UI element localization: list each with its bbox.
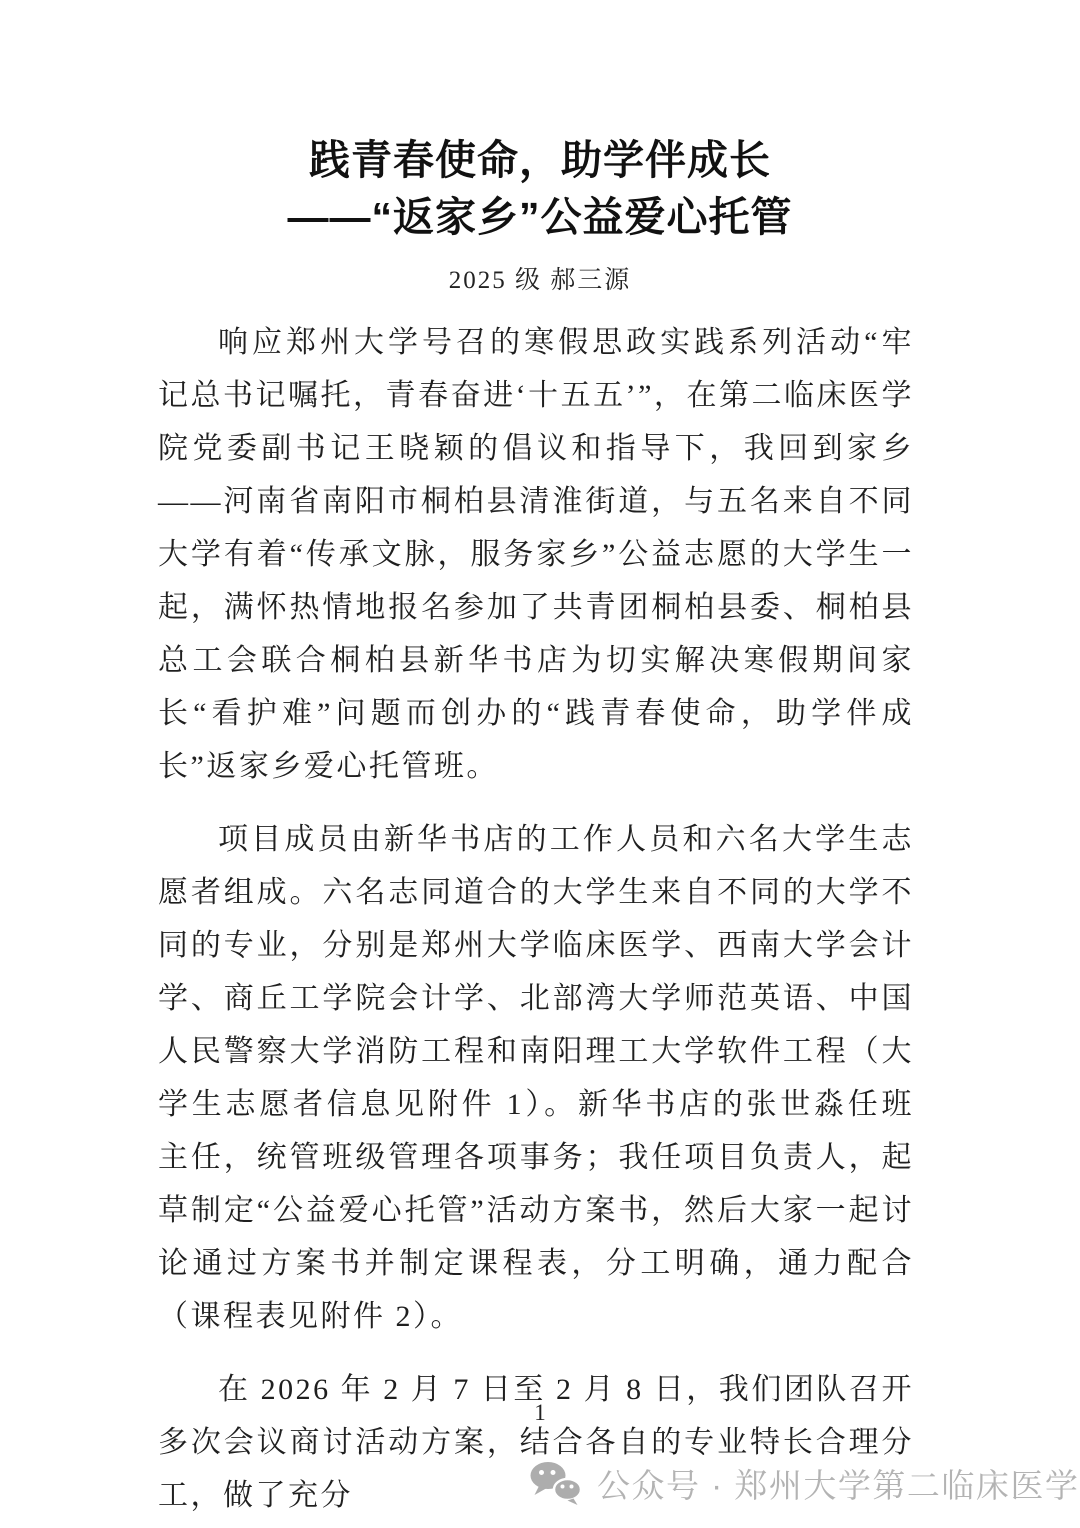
paragraph-2: 项目成员由新华书店的工作人员和六名大学生志愿者组成。六名志同道合的大学生来自不同… <box>158 813 914 1343</box>
paragraph-1: 响应郑州大学号召的寒假思政实践系列活动“牢记总书记嘱托，青春奋进‘十五五’”，在… <box>158 316 914 793</box>
document-page: 践青春使命，助学伴成长 ——“返家乡”公益爱心托管 2025 级 郝三源 响应郑… <box>0 0 1080 1528</box>
watermark-text: 公众号 · 郑州大学第二临床医学院 <box>597 1460 1080 1507</box>
page-number: 1 <box>0 1400 1080 1426</box>
doc-byline: 2025 级 郝三源 <box>0 260 1080 296</box>
doc-title-line2: ——“返家乡”公益爱心托管 <box>0 189 1080 246</box>
doc-body: 响应郑州大学号召的寒假思政实践系列活动“牢记总书记嘱托，青春奋进‘十五五’”，在… <box>158 316 914 1522</box>
watermark: 公众号 · 郑州大学第二临床医学院 <box>528 1458 1080 1508</box>
doc-title-line1: 践青春使命，助学伴成长 <box>0 132 1080 189</box>
wechat-icon <box>528 1460 584 1506</box>
